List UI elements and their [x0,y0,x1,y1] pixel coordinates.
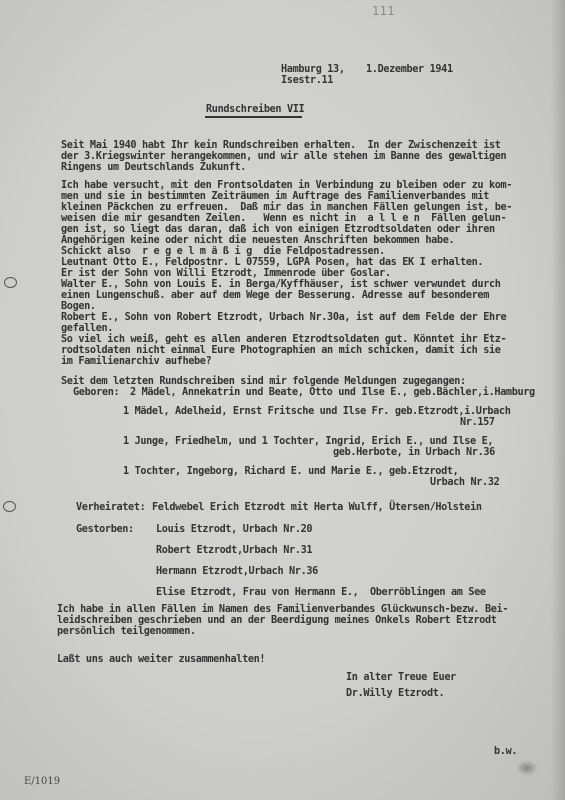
births-label: Geboren: [73,387,119,398]
deaths-label: Gestorben: [76,524,134,535]
title-underline [205,116,302,118]
document-title: Rundschreiben VII [206,104,304,115]
punch-hole-top [4,277,17,288]
page-edge-shadow [551,0,565,800]
exhortation: Laßt uns auch weiter zusammenhalten! [57,654,265,665]
news-intro: Seit dem letzten Rundschreiben sind mir … [61,376,466,387]
ink-stain [516,760,538,776]
punch-hole-bottom [3,501,16,512]
header-date: 1.Dezember 1941 [366,64,453,75]
turn-over-note: b.w. [494,746,517,757]
signature-name: Dr.Willy Etzrodt. [346,688,444,699]
header-street: Isestr.11 [281,75,333,86]
archive-number: E/1019 [24,776,60,787]
document-page: 111 Hamburg 13, 1.Dezember 1941 Isestr.1… [0,0,565,800]
marriage-label: Verheiratet: [76,502,145,513]
signature-greeting: In alter Treue Euer [346,672,456,683]
header-place: Hamburg 13, [281,64,345,75]
pencil-mark: 111 [372,4,395,18]
